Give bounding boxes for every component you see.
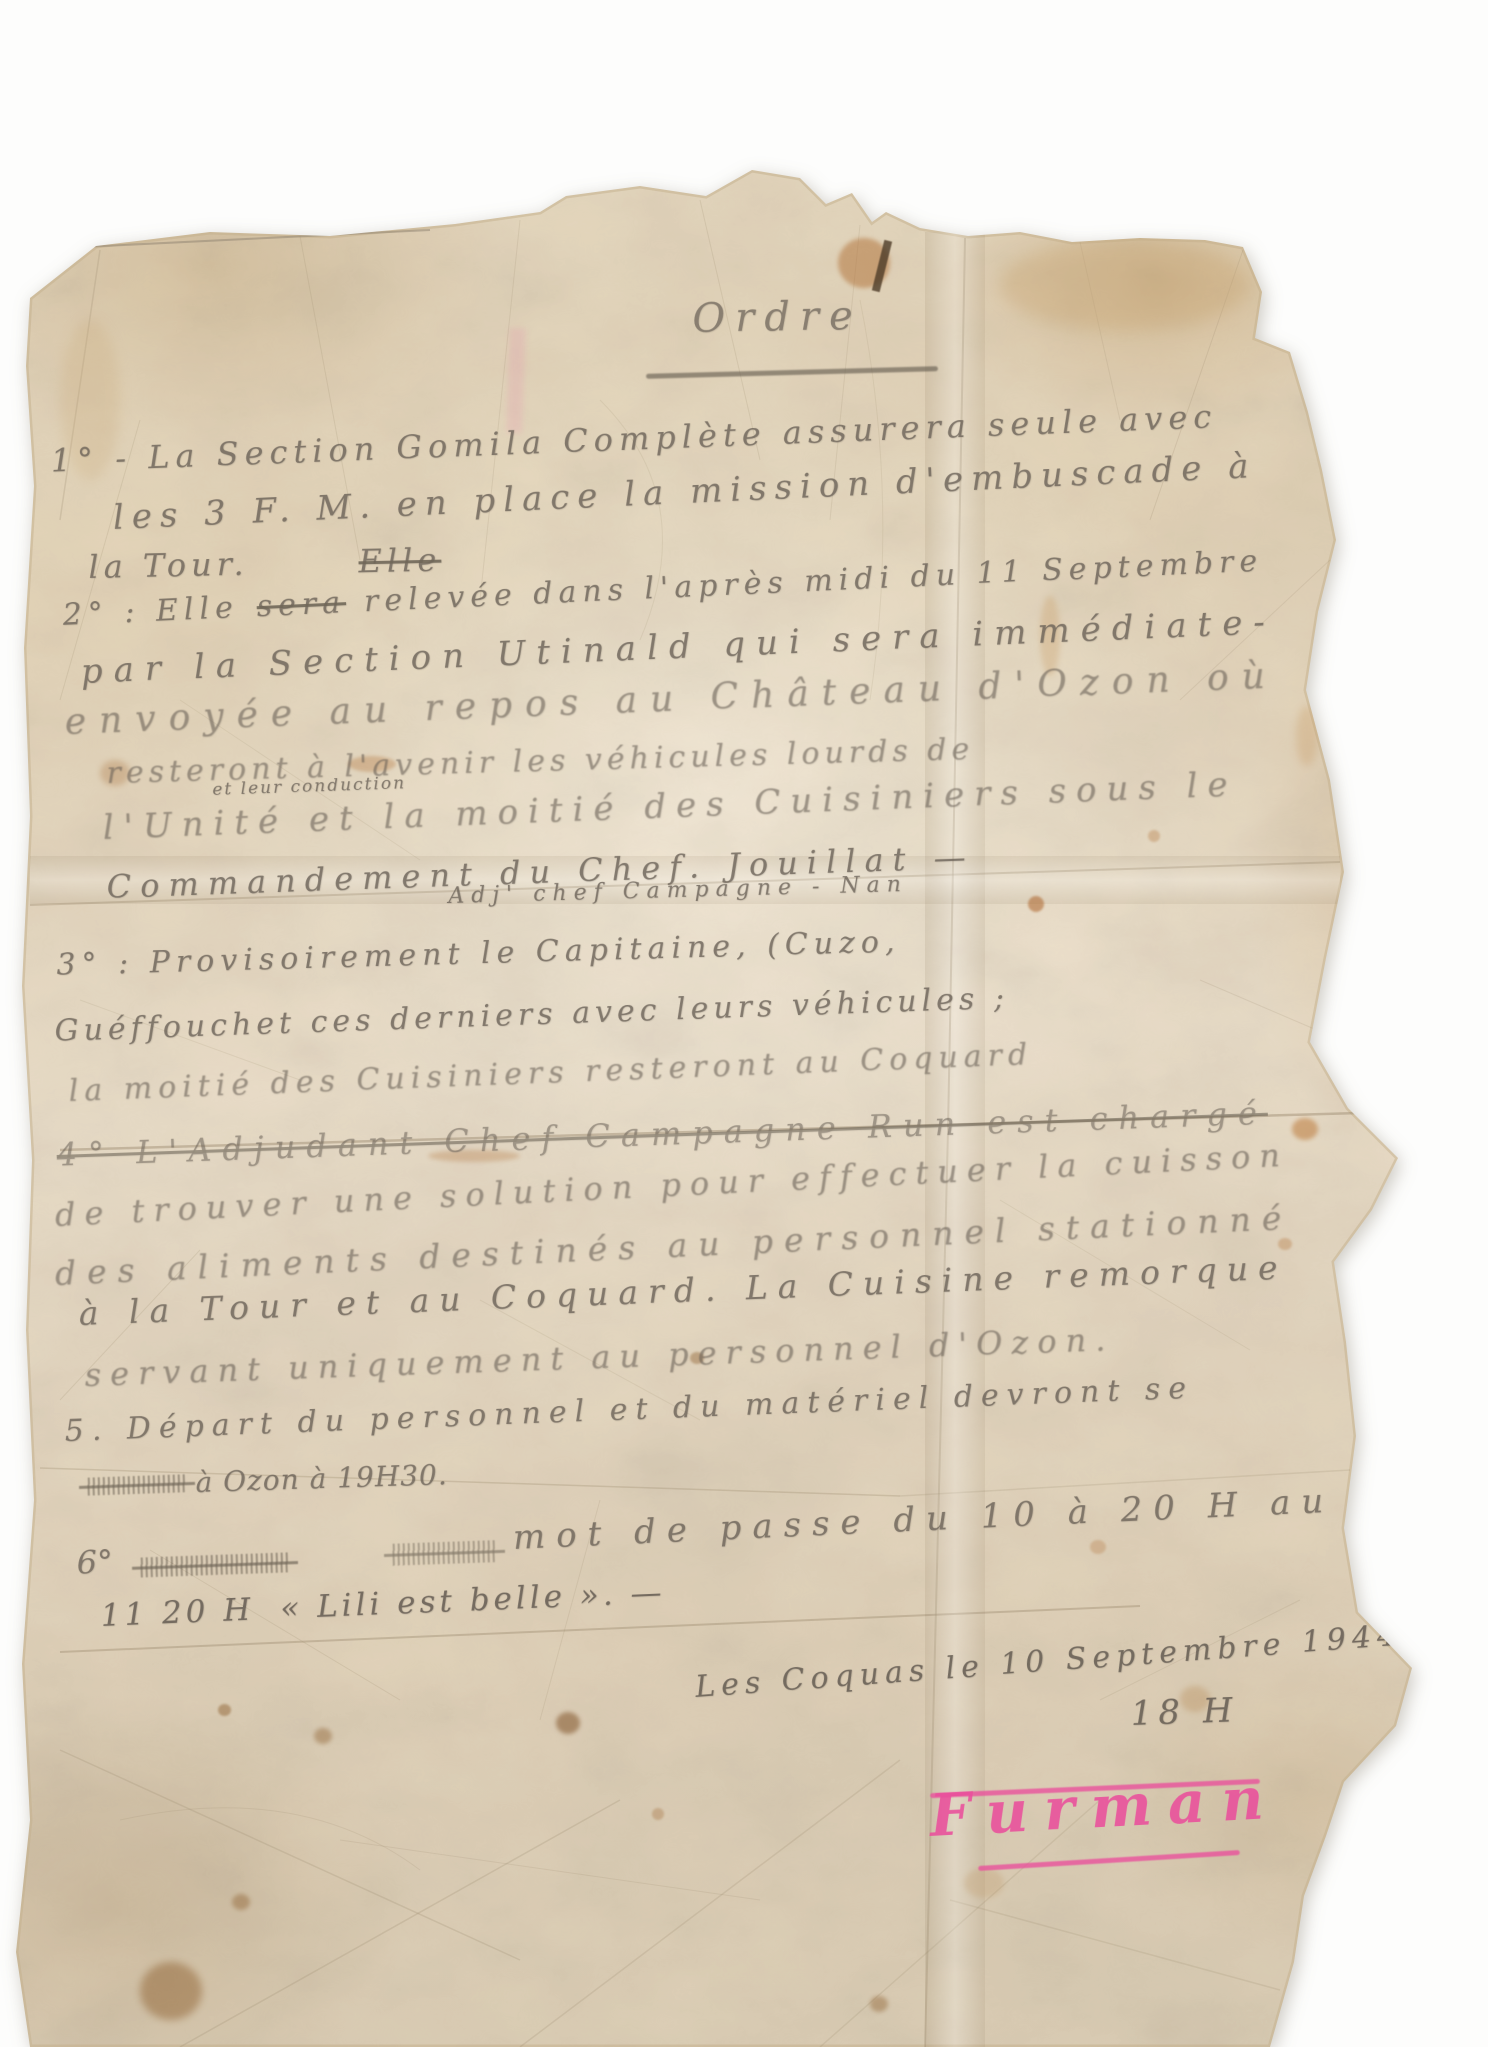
- struck-word: Elle: [358, 541, 442, 581]
- scribbled-out-word: [390, 1540, 496, 1566]
- paper-shadow: Ordre 1° - La Section Gomila Complète as…: [0, 0, 1488, 2047]
- document-title: Ordre: [692, 293, 863, 342]
- time-note: 18 H: [1130, 1690, 1239, 1734]
- scanner-background: Ordre 1° - La Section Gomila Complète as…: [0, 0, 1488, 2047]
- handwritten-line-3: la Tour.Elle: [88, 541, 442, 586]
- scribbled-out-word: [85, 1474, 186, 1495]
- item-number-6: 6°: [76, 1543, 114, 1582]
- scanned-document-paper: Ordre 1° - La Section Gomila Complète as…: [0, 0, 1488, 2047]
- struck-word: sera: [256, 585, 347, 624]
